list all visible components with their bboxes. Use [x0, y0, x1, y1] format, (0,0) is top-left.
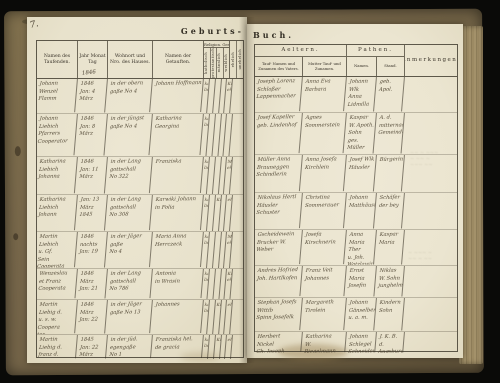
narrow-column-3: weiblich	[224, 48, 230, 78]
entry-mark-5	[230, 300, 239, 334]
entry-pathe-name: Ernst Maria Josefin	[344, 266, 377, 297]
entry-vater: Andres Hofried Joh. Hartlkofen	[255, 266, 303, 297]
entry-taufender: Martin Liebig d. u. s. w. Coopera tor	[37, 300, 78, 334]
entry-mark-5	[231, 335, 239, 359]
entry-pathe-stand: A. d. mitternach Gemeinde	[374, 113, 405, 154]
table-row: Gscheidewein Brucker W. WeberJosefa Kirs…	[255, 230, 457, 266]
column-header-wohnort: Wohnort und Nro. des Hauses.	[108, 41, 153, 78]
right-table: Aeltern. Tauf- Namen und Zunamen des Vat…	[254, 44, 458, 352]
entry-pathe-name: Johann Schlegel Schneider	[345, 332, 377, 353]
entry-wohnort: in der Lang gottschall No 786	[105, 269, 153, 299]
narrow-column-0-label: katholisch	[204, 52, 209, 74]
entry-pathe-stand: Schäfer der bey	[374, 193, 405, 229]
entry-mutter: Christina Sommerauer	[300, 193, 347, 229]
entry-wohnort: in der Jäger gaße No 13	[105, 300, 153, 334]
table-row: Joseph Lorenz Schloßer LappenmacherAnna …	[255, 77, 457, 113]
entry-anmerkung	[402, 193, 457, 229]
legitimacy-subcolumns: ehelichunehelich	[230, 41, 243, 78]
entry-wohnort: in der obern gaße No 4	[105, 79, 153, 113]
entry-wohnort: in der Lang gottschall No 322	[105, 157, 153, 194]
page-number: 7.	[29, 19, 39, 31]
entry-getaufte: Katharina Georgina	[149, 114, 204, 156]
scanned-register-book: ~~ ~ ~~~ ~ ~~ ~ ~~~ ~~ ~ ~~~ ~ ~~ ~ ~~ 7…	[0, 0, 500, 383]
entry-datum: 1846 Jan: 11 März	[75, 157, 108, 194]
entry-taufender: Katharina Liebich Johann	[37, 195, 78, 231]
entry-vater: Nikolaus Hertl Häusler Schuster	[255, 193, 303, 229]
handwritten-year: 1846	[82, 69, 97, 78]
entry-anmerkung	[402, 155, 457, 192]
entry-getaufte: Antonia in Wrasin	[150, 269, 204, 299]
entry-datum: 1846 März Jan: 21	[75, 269, 108, 299]
table-row: Müller Anna Brauneggen SchindlerinAnna J…	[255, 155, 457, 193]
entry-taufender: Johann Liebich Pfarrers Cooperator	[37, 114, 78, 156]
entry-getaufte: Maria Anna Herrczeck	[150, 232, 204, 268]
narrow-column-5-label: unehelich	[238, 49, 243, 70]
entry-pathe-name: Anna Maria Ther u. Joh. Watzlawin	[344, 230, 377, 265]
entry-pathe-stand: Kindern Sohn	[374, 298, 405, 331]
table-row: Andres Hofried Joh. HartlkofenFranz Veit…	[255, 266, 457, 298]
column-header-datum: Jahr Monat Tag 1846	[78, 41, 108, 78]
entry-vater: Müller Anna Brauneggen Schindlerin	[255, 155, 303, 192]
entry-vater: Stephan Josefs Wittib Spinn Josefelk	[255, 298, 303, 331]
entry-anmerkung	[402, 77, 457, 112]
entry-getaufte: Johannes	[150, 300, 204, 334]
column-header-datum-label: Jahr Monat Tag	[79, 54, 106, 66]
entry-wohnort: in der Jäger gaße No 4	[105, 232, 153, 268]
left-page-title: Geburts-	[150, 26, 244, 36]
religion-geschlecht-subcolumns: katholischprotestantischmännlichweiblich	[204, 48, 229, 78]
table-row: Martin Liebig d. franz d. Cooperator1845…	[37, 335, 243, 359]
entry-vater: Joseph Lorenz Schloßer Lappenmacher	[255, 77, 303, 112]
entry-taufender: Johann Wenzel Flamm	[37, 79, 78, 113]
entry-pathe-name: Josef Wlk Häusler	[344, 155, 377, 192]
table-row: Wenzeslau et Franz Cooperata1846 März Ja…	[37, 269, 243, 300]
entry-wohnort: in der jüd. egengaße No 1	[106, 335, 153, 359]
entry-pathe-stand: Niklas W. Sohn junghelm	[374, 266, 405, 297]
entry-wohnort: in der jüngst gaße No 4	[104, 114, 153, 156]
entry-pathe-name: Johann Matthäusin	[344, 193, 377, 229]
entry-taufender: Wenzeslau et Franz Cooperata	[37, 269, 78, 299]
table-row: Martin Liebich u. Gf. Sein Cooperata1846…	[37, 232, 243, 269]
entry-pathe-stand: J. K. B. d. Augsburg	[375, 332, 405, 353]
table-row: Katharina Liebich JohannJan: 13 März 184…	[37, 195, 243, 232]
narrow-column-3-label: weiblich	[224, 54, 229, 72]
entry-mutter: Anna Eva Barbara	[300, 77, 347, 112]
entry-getaufte: Karwiki Johann in Folia	[150, 195, 204, 231]
entry-anmerkung	[402, 266, 457, 297]
entry-pathe-name: Johann Gänselberger u. a. m.	[344, 298, 377, 331]
right-table-rows: Joseph Lorenz Schloßer LappenmacherAnna …	[255, 77, 457, 353]
entry-anmerkung	[402, 113, 457, 154]
entry-datum: 1846 Jan: 4 März	[75, 79, 108, 113]
godparent-stand-column-header: Stand.	[377, 57, 404, 76]
entry-taufender: Martin Liebig d. franz d. Cooperator	[37, 335, 78, 359]
entry-getaufte: Johann Hoffmann	[150, 79, 204, 113]
entry-datum: Jan: 13 März 1845	[75, 195, 108, 231]
entry-getaufte: Franziska hel. de gracia	[151, 335, 204, 359]
column-header-getaufte: Namen der Getauften.	[153, 41, 204, 78]
father-column-header: Tauf- Namen und Zunamen des Vaters.	[255, 57, 303, 76]
entry-mutter: Franz Veit Johannes	[300, 266, 347, 297]
entry-datum: 1846 März Jan: 22	[75, 300, 108, 334]
entry-mutter: Katharina W. Riegelmann	[301, 332, 347, 353]
entry-mark-5	[231, 269, 239, 299]
narrow-column-2-label: männlich	[217, 53, 222, 72]
narrow-column-4-label: ehelich	[231, 52, 236, 67]
cover-wear-mark	[13, 233, 18, 240]
narrow-column-5: unehelich	[237, 41, 243, 78]
narrow-column-4: ehelich	[230, 41, 237, 78]
entry-taufender: Martin Liebich u. Gf. Sein Cooperata	[37, 232, 78, 268]
entry-datum: 1846 Jan: 8 März	[74, 114, 108, 156]
entry-wohnort: in der Lang gottschall No 308	[105, 195, 153, 231]
entry-anmerkung	[402, 230, 457, 265]
entry-mutter: Agnes Sommerstein	[300, 113, 347, 154]
entry-vater: Heribert Nickel Ch. Joseph	[255, 332, 303, 353]
cover-wear-mark	[15, 146, 21, 156]
table-row: Katharina Liebich Johanna1846 Jan: 11 Mä…	[37, 157, 243, 195]
mother-column-header: Mutter Tauf- und Zunamen.	[303, 57, 346, 76]
entry-pathe-stand: Kaspar Maria	[374, 230, 405, 265]
entry-vater: Gscheidewein Brucker W. Weber	[255, 230, 303, 265]
table-row: Stephan Josefs Wittib Spinn JosefelkMarg…	[255, 298, 457, 332]
entry-taufender: Katharina Liebich Johanna	[37, 157, 78, 194]
entry-vater: Josef Kapeller geb. Lindenhof	[255, 113, 303, 154]
entry-anmerkung	[402, 298, 457, 331]
entry-mark-5	[230, 79, 239, 113]
column-header-taufender: Namen des Taufenden.	[37, 41, 78, 78]
parents-group-header: Aeltern.	[255, 45, 346, 57]
entry-mutter: Anna Josefa Kirchlein	[300, 155, 347, 192]
entry-datum: 1846 nachts Jan: 19	[75, 232, 108, 268]
table-row: Johann Wenzel Flamm1846 Jan: 4 Märzin de…	[37, 79, 243, 114]
religion-geschlecht-group: Religion. Geschlecht. katholischprotesta…	[204, 41, 243, 78]
left-table: Namen des Taufenden. Jahr Monat Tag 1846…	[36, 40, 244, 358]
table-row: Heribert Nickel Ch. JosephKatharina W. R…	[255, 332, 457, 353]
table-row: Martin Liebig d. u. s. w. Coopera tor184…	[37, 300, 243, 335]
entry-pathe-name: Kaspar W. Apoth. Sohn ges. Müller	[344, 113, 377, 154]
table-row: Johann Liebich Pfarrers Cooperator1846 J…	[37, 114, 243, 157]
entry-datum: 1845 Jan: 22 März	[76, 335, 108, 359]
entry-anmerkung	[403, 332, 457, 353]
entry-mutter: Josefa Kirschnerin	[300, 230, 347, 265]
left-table-rows: Johann Wenzel Flamm1846 Jan: 4 Märzin de…	[37, 79, 243, 359]
right-table-header: Aeltern. Tauf- Namen und Zunamen des Vat…	[255, 45, 457, 77]
left-table-header: Namen des Taufenden. Jahr Monat Tag 1846…	[37, 41, 243, 79]
entry-mutter: Margareth Tirolein	[300, 298, 347, 331]
entry-pathe-stand: geb. Apol.	[374, 77, 405, 112]
godparents-group-header: Pathen.	[347, 45, 404, 57]
entry-getaufte: Franziska	[150, 157, 204, 194]
godparent-name-column-header: Namen.	[347, 57, 377, 76]
entry-pathe-stand: Bürgerin	[374, 155, 405, 192]
right-page-title: Buch.	[253, 30, 294, 40]
table-row: Nikolaus Hertl Häusler SchusterChristina…	[255, 193, 457, 230]
narrow-column-1-label: protestantisch	[211, 48, 216, 78]
entry-pathe-name: Johann Wlk Anna Lidmilla	[344, 77, 377, 112]
table-row: Josef Kapeller geb. LindenhofAgnes Somme…	[255, 113, 457, 155]
remarks-column-header: Anmerkungen.	[405, 45, 457, 76]
